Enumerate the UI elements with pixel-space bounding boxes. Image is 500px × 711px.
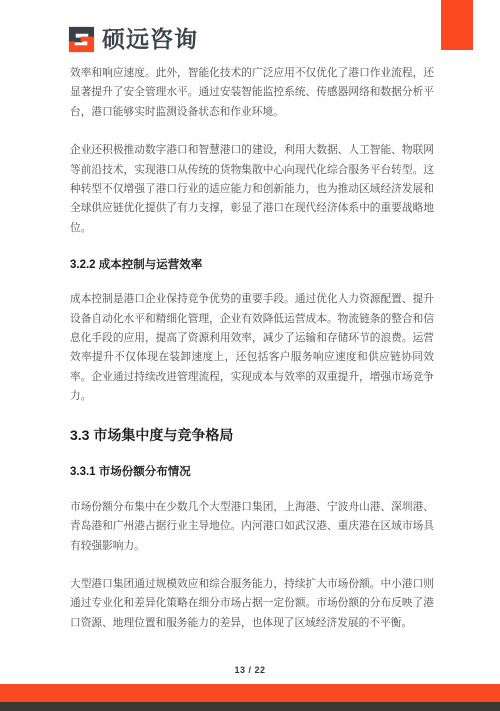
report-page: 硕远咨询 效率和响应速度。此外，智能化技术的广泛应用不仅优化了港口作业流程，还显… xyxy=(0,0,500,711)
page-indicator: 13 / 22 xyxy=(0,665,500,675)
document-body: 效率和响应速度。此外，智能化技术的广泛应用不仅优化了港口作业流程，还显著提升了安… xyxy=(70,64,434,652)
paragraph-market-share-a: 市场份额分布集中在少数几个大型港口集团，上海港、宁波舟山港、深圳港、青岛港和广州… xyxy=(70,498,434,556)
brand-logo-icon xyxy=(67,25,96,54)
paragraph-cost-control: 成本控制是港口企业保持竞争优势的重要手段。通过优化人力资源配置、提升设备自动化水… xyxy=(70,290,434,406)
heading-3-3-1: 3.3.1 市场份额分布情况 xyxy=(70,464,434,480)
paragraph-intro-continued: 效率和响应速度。此外，智能化技术的广泛应用不仅优化了港口作业流程，还显著提升了安… xyxy=(70,64,434,122)
footer-accent-bar xyxy=(0,684,500,702)
heading-3-2-2: 3.2.2 成本控制与运营效率 xyxy=(70,257,434,273)
brand-name: 硕远咨询 xyxy=(102,28,198,51)
footer-dark-bar xyxy=(0,702,500,711)
paragraph-market-share-b: 大型港口集团通过规模效应和综合服务能力，持续扩大市场份额。中小港口则通过专业化和… xyxy=(70,575,434,633)
paragraph-digital-port: 企业还积极推动数字港口和智慧港口的建设，利用大数据、人工智能、物联网等前沿技术，… xyxy=(70,141,434,238)
brand-logo: 硕远咨询 xyxy=(67,25,198,54)
corner-accent-block xyxy=(441,0,473,50)
heading-3-3: 3.3 市场集中度与竞争格局 xyxy=(70,426,434,445)
